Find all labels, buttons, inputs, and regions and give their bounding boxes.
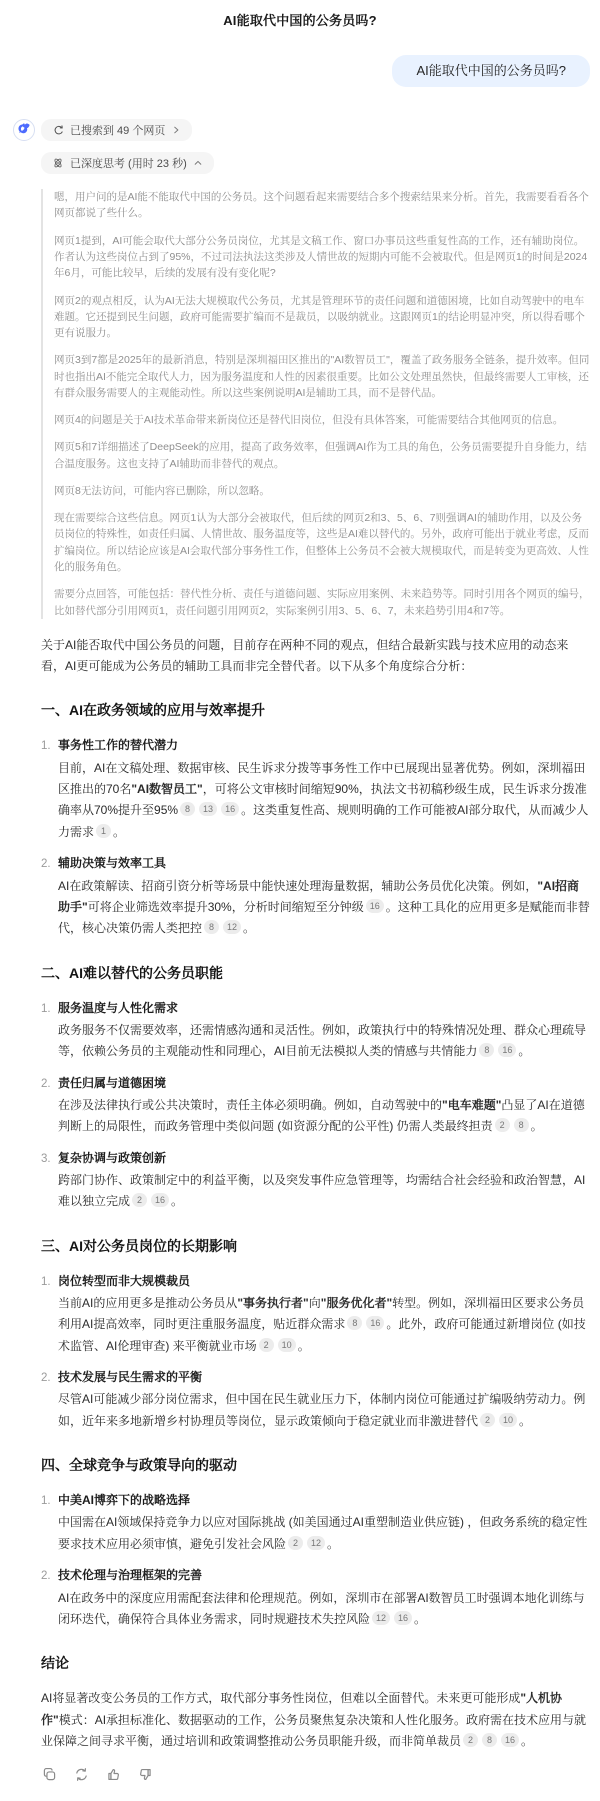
conclusion-heading: 结论 <box>41 1651 590 1676</box>
item-title: 责任归属与道德困境 <box>58 1073 590 1094</box>
thinking-paragraph: 网页5和7详细描述了DeepSeek的应用，提高了政务效率，但强调AI作为工具的… <box>54 439 590 472</box>
item-title: 技术发展与民生需求的平衡 <box>58 1367 590 1388</box>
citation-badge[interactable]: 2 <box>132 1193 147 1207</box>
conclusion-paragraph: AI将显著改变公务员的工作方式，取代部分事务性岗位，但难以全面替代。未来更可能形… <box>41 1688 590 1752</box>
chevron-right-icon <box>171 125 181 135</box>
list-item: 2. 辅助决策与效率工具 AI在政策解读、招商引资分析等场景中能快速处理海量数据… <box>41 853 590 939</box>
item-number: 2. <box>41 1367 58 1432</box>
thumbs-up-button[interactable] <box>105 1766 122 1783</box>
citation-badge[interactable]: 16 <box>366 1316 384 1330</box>
search-pill-row: 已搜索到 49 个网页 <box>41 119 590 141</box>
answer-body: 关于AI能否取代中国公务员的问题，目前存在两种不同的观点，但结合最新实践与技术应… <box>41 635 590 1752</box>
section-heading: 四、全球竞争与政策导向的驱动 <box>41 1453 590 1478</box>
bold-text: "AI招商助手" <box>58 879 579 914</box>
item-body: AI在政策解读、招商引资分析等场景中能快速处理海量数据，辅助公务员优化决策。例如… <box>58 876 590 940</box>
answer-section-4: 四、全球竞争与政策导向的驱动 1. 中美AI博弈下的战略选择 中国需在AI领域保… <box>41 1453 590 1630</box>
thinking-paragraph: 网页2的观点相反，认为AI无法大规模取代公务员，尤其是管理环节的责任问题和道德困… <box>54 293 590 342</box>
citation-badge[interactable]: 10 <box>278 1338 296 1352</box>
thinking-paragraph: 需要分点回答，可能包括：替代性分析、责任与道德问题、实际应用案例、未来趋势等。同… <box>54 586 590 619</box>
item-number: 2. <box>41 1073 58 1138</box>
section-heading: 二、AI难以替代的公务员职能 <box>41 961 590 986</box>
item-title: 辅助决策与效率工具 <box>58 853 590 874</box>
list-item: 1. 中美AI博弈下的战略选择 中国需在AI领域保持竞争力以应对国际挑战 (如美… <box>41 1490 590 1555</box>
citation-badge[interactable]: 16 <box>498 1043 516 1057</box>
user-message-row: AI能取代中国的公务员吗? <box>0 55 600 87</box>
section-heading: 一、AI在政务领域的应用与效率提升 <box>41 698 590 723</box>
citation-badge[interactable]: 16 <box>366 899 384 913</box>
list-item: 1. 岗位转型而非大规模裁员 当前AI的应用更多是推动公务员从"事务执行者"向"… <box>41 1271 590 1357</box>
answer-section-2: 二、AI难以替代的公务员职能 1. 服务温度与人性化需求 政务服务不仅需要效率，… <box>41 961 590 1213</box>
bold-text: "人机协作" <box>41 1691 562 1726</box>
page-title: AI能取代中国的公务员吗? <box>0 10 600 29</box>
bold-text: "事务执行者" <box>237 1296 308 1310</box>
search-results-label: 已搜索到 49 个网页 <box>70 122 165 138</box>
list-item: 3. 复杂协调与政策创新 跨部门协作、政策制定中的利益平衡，以及突发事件应急管理… <box>41 1148 590 1213</box>
search-icon <box>52 124 64 136</box>
chevron-up-icon <box>193 158 203 168</box>
thinking-paragraph: 网页1提到，AI可能会取代大部分公务员岗位，尤其是文稿工作、窗口办事员这些重复性… <box>54 233 590 282</box>
message-actions <box>41 1766 590 1783</box>
assistant-content: 已搜索到 49 个网页 <box>41 119 590 1783</box>
citation-badge[interactable]: 8 <box>479 1043 494 1057</box>
list-item: 2. 责任归属与道德困境 在涉及法律执行或公共决策时，责任主体必须明确。例如，自… <box>41 1073 590 1138</box>
citation-badge[interactable]: 8 <box>514 1118 529 1132</box>
answer-conclusion: 结论 AI将显著改变公务员的工作方式，取代部分事务性岗位，但难以全面替代。未来更… <box>41 1651 590 1752</box>
assistant-avatar <box>13 119 35 141</box>
thinking-paragraph: 网页8无法访问，可能内容已删除，所以忽略。 <box>54 483 590 499</box>
item-body: 中国需在AI领域保持竞争力以应对国际挑战 (如美国通过AI重塑制造业供应链) ，… <box>58 1512 590 1555</box>
deep-think-icon <box>52 157 64 169</box>
item-title: 服务温度与人性化需求 <box>58 998 590 1019</box>
item-body: 政务服务不仅需要效率，还需情感沟通和灵活性。例如，政策执行中的特殊情况处理、群众… <box>58 1020 590 1063</box>
section-heading: 三、AI对公务员岗位的长期影响 <box>41 1234 590 1259</box>
citation-badge[interactable]: 2 <box>259 1338 274 1352</box>
citation-badge[interactable]: 12 <box>372 1611 390 1625</box>
citation-badge[interactable]: 12 <box>307 1536 325 1550</box>
item-body: 目前，AI在文稿处理、数据审核、民生诉求分拨等事务性工作中已展现出显著优势。例如… <box>58 758 590 843</box>
citation-badge[interactable]: 16 <box>221 802 239 816</box>
citation-badge[interactable]: 2 <box>463 1733 478 1747</box>
item-title: 中美AI博弈下的战略选择 <box>58 1490 590 1511</box>
thinking-paragraph: 现在需要综合这些信息。网页1认为大部分会被取代，但后续的网页2和3、5、6、7则… <box>54 510 590 575</box>
bold-text: "电车难题" <box>442 1098 501 1112</box>
deep-think-toggle[interactable]: 已深度思考 (用时 23 秒) <box>41 152 214 174</box>
item-title: 复杂协调与政策创新 <box>58 1148 590 1169</box>
answer-section-1: 一、AI在政务领域的应用与效率提升 1. 事务性工作的替代潜力 目前，AI在文稿… <box>41 698 590 939</box>
assistant-message: 已搜索到 49 个网页 <box>0 119 600 1783</box>
answer-section-3: 三、AI对公务员岗位的长期影响 1. 岗位转型而非大规模裁员 当前AI的应用更多… <box>41 1234 590 1432</box>
citation-badge[interactable]: 1 <box>96 824 111 838</box>
citation-badge[interactable]: 8 <box>347 1316 362 1330</box>
list-item: 1. 服务温度与人性化需求 政务服务不仅需要效率，还需情感沟通和灵活性。例如，政… <box>41 998 590 1063</box>
citation-badge[interactable]: 10 <box>499 1413 517 1427</box>
thinking-paragraph: 嗯，用户问的是AI能不能取代中国的公务员。这个问题看起来需要结合多个搜索结果来分… <box>54 189 590 222</box>
citation-badge[interactable]: 13 <box>199 802 217 816</box>
citation-badge[interactable]: 16 <box>151 1193 169 1207</box>
answer-intro: 关于AI能否取代中国公务员的问题，目前存在两种不同的观点，但结合最新实践与技术应… <box>41 635 590 678</box>
item-title: 事务性工作的替代潜力 <box>58 735 590 756</box>
item-number: 2. <box>41 1565 58 1630</box>
list-item: 2. 技术发展与民生需求的平衡 尽管AI可能减少部分岗位需求，但中国在民生就业压… <box>41 1367 590 1432</box>
bold-text: "AI数智员工" <box>131 782 202 796</box>
thinking-paragraph: 网页4的问题是关于AI技术革命带来新岗位还是替代旧岗位，但没有具体答案，可能需要… <box>54 412 590 428</box>
citation-badge[interactable]: 16 <box>394 1611 412 1625</box>
citation-badge[interactable]: 16 <box>501 1733 519 1747</box>
item-body: 在涉及法律执行或公共决策时，责任主体必须明确。例如，自动驾驶中的"电车难题"凸显… <box>58 1095 590 1138</box>
citation-badge[interactable]: 12 <box>223 920 241 934</box>
chat-page: AI能取代中国的公务员吗? AI能取代中国的公务员吗? <box>0 0 600 1801</box>
item-body: AI在政务中的深度应用需配套法律和伦理规范。例如，深圳市在部署AI数智员工时强调… <box>58 1588 590 1631</box>
item-number: 1. <box>41 735 58 843</box>
thumbs-down-button[interactable] <box>137 1766 154 1783</box>
user-message-bubble: AI能取代中国的公务员吗? <box>392 55 590 87</box>
list-item: 1. 事务性工作的替代潜力 目前，AI在文稿处理、数据审核、民生诉求分拨等事务性… <box>41 735 590 843</box>
item-body: 跨部门协作、政策制定中的利益平衡，以及突发事件应急管理等，均需结合社会经验和政治… <box>58 1170 590 1213</box>
search-results-toggle[interactable]: 已搜索到 49 个网页 <box>41 119 192 141</box>
citation-badge[interactable]: 2 <box>480 1413 495 1427</box>
citation-badge[interactable]: 2 <box>495 1118 510 1132</box>
item-body: 尽管AI可能减少部分岗位需求，但中国在民生就业压力下，体制内岗位可能通过扩编吸纳… <box>58 1389 590 1432</box>
citation-badge[interactable]: 8 <box>482 1733 497 1747</box>
item-number: 1. <box>41 998 58 1063</box>
citation-badge[interactable]: 8 <box>204 920 219 934</box>
citation-badge[interactable]: 2 <box>288 1536 303 1550</box>
list-item: 2. 技术伦理与治理框架的完善 AI在政务中的深度应用需配套法律和伦理规范。例如… <box>41 1565 590 1630</box>
item-title: 技术伦理与治理框架的完善 <box>58 1565 590 1586</box>
item-number: 1. <box>41 1490 58 1555</box>
deep-think-label: 已深度思考 (用时 23 秒) <box>70 155 187 171</box>
citation-badge[interactable]: 8 <box>180 802 195 816</box>
thinking-block: 嗯，用户问的是AI能不能取代中国的公务员。这个问题看起来需要结合多个搜索结果来分… <box>41 189 590 619</box>
item-title: 岗位转型而非大规模裁员 <box>58 1271 590 1292</box>
item-number: 2. <box>41 853 58 939</box>
bold-text: "服务优化者" <box>321 1296 392 1310</box>
deepseek-whale-icon <box>17 121 31 140</box>
item-number: 3. <box>41 1148 58 1213</box>
thinking-paragraph: 网页3到7都是2025年的最新消息，特别是深圳福田区推出的"AI数智员工"，覆盖… <box>54 352 590 401</box>
copy-button[interactable] <box>41 1766 58 1783</box>
think-pill-row: 已深度思考 (用时 23 秒) <box>41 152 590 174</box>
item-number: 1. <box>41 1271 58 1357</box>
item-body: 当前AI的应用更多是推动公务员从"事务执行者"向"服务优化者"转型。例如，深圳福… <box>58 1293 590 1357</box>
regenerate-button[interactable] <box>73 1766 90 1783</box>
